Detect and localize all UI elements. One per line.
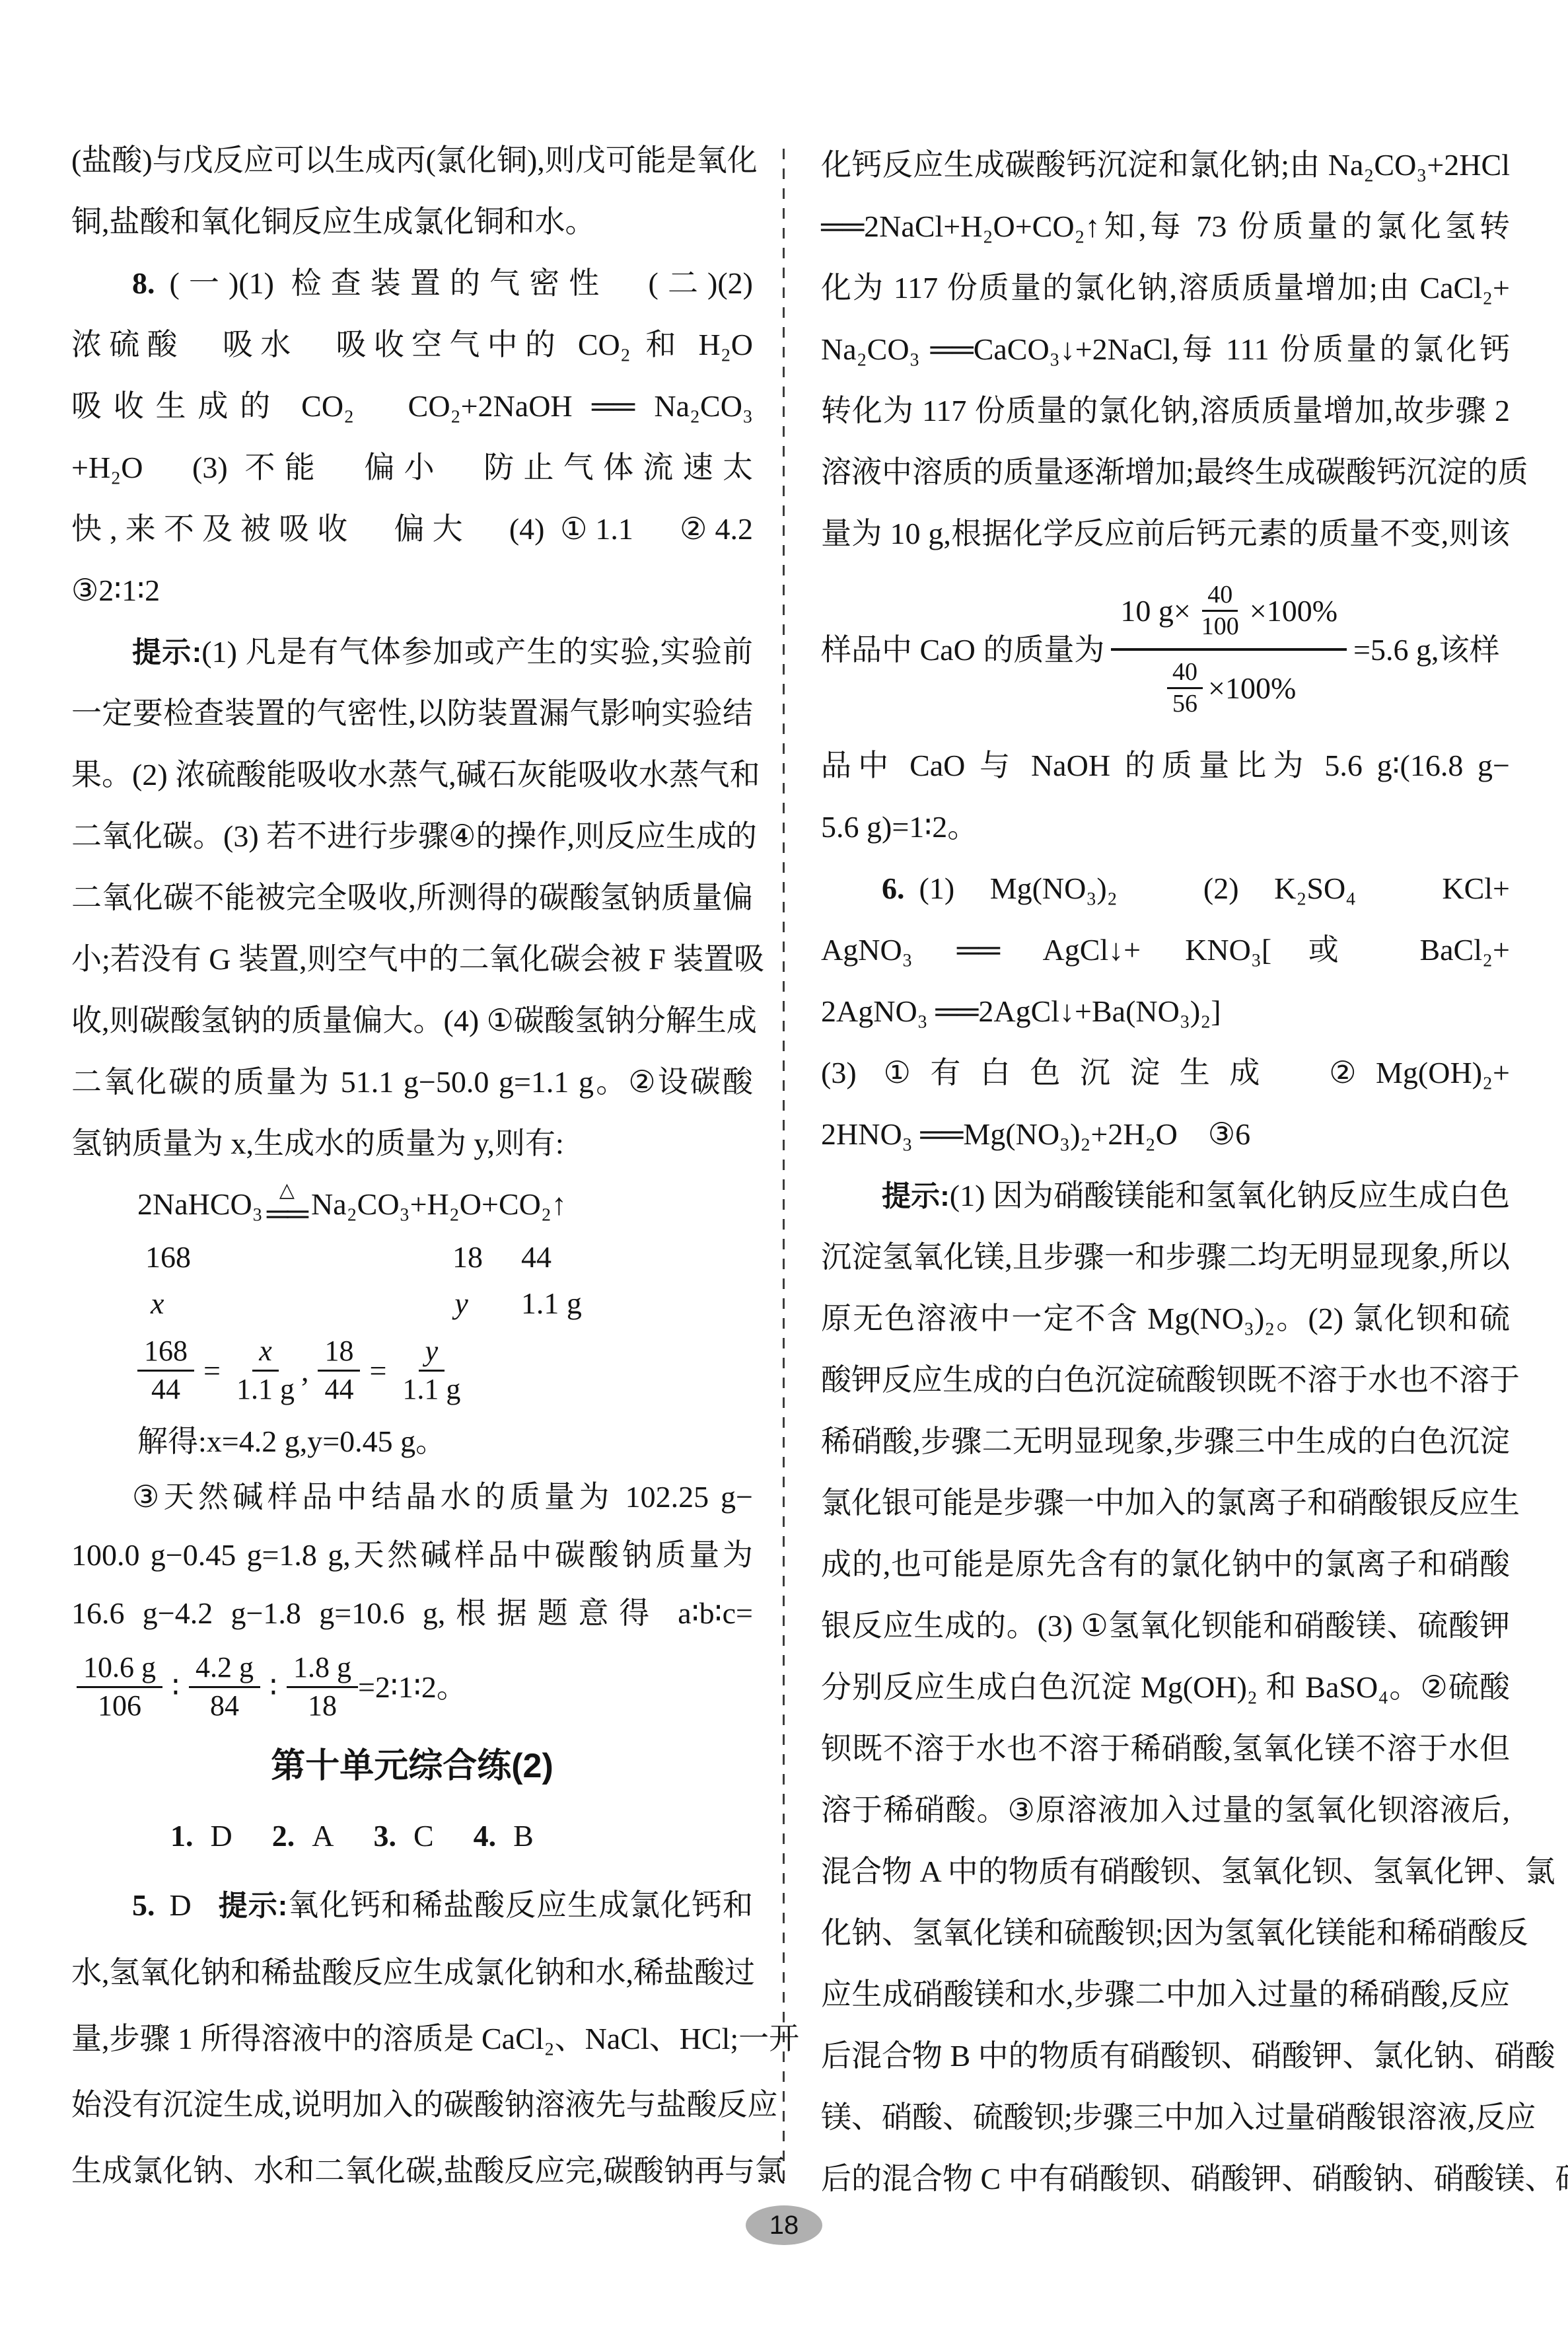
text-line: 始没有沉淀生成,说明加入的碳酸钠溶液先与盐酸反应 [71, 2072, 753, 2138]
ratio-colon: ∶ [269, 1656, 277, 1718]
page-number: 18 [769, 2211, 799, 2240]
answer-row: 1.D2.A3.C4.B [71, 1801, 753, 1870]
text-line: 二氧化碳。(3) 若不进行步骤④的操作,则反应生成的 [71, 805, 753, 867]
ratio-result: =2∶1∶2。 [358, 1656, 467, 1718]
equals-sign: = [369, 1340, 386, 1401]
fraction-result: =5.6 g,该样 [1353, 619, 1499, 681]
text-line: 浓硫酸 吸水 吸收空气中的 CO₂ 和 H₂O [71, 314, 753, 375]
answer-text: (一)(1) 检查装置的气密性 (二)(2) [170, 266, 754, 300]
question-number: 1. [170, 1819, 194, 1853]
text-line: Na₂CO₃ ══CaCO₃↓+2NaCl,每 111 份质量的氯化钙 [821, 318, 1510, 380]
hint-label: 提示: [132, 636, 201, 669]
text-line: 应生成硝酸镁和水,步骤二中加入过量的稀硝酸,反应 [821, 1964, 1510, 2025]
given-mass: 1.1 g [521, 1273, 582, 1334]
text-line: (盐酸)与戊反应可以生成丙(氯化铜),则戊可能是氧化 [71, 129, 753, 191]
text-line: 品中 CaO 与 NaOH 的质量比为 5.6 g∶(16.8 g− [821, 735, 1510, 796]
text-line: 100.0 g−0.45 g=1.8 g,天然碱样品中碳酸钠质量为 [71, 1526, 753, 1584]
text-line: 化钠、氢氧化镁和硫酸钡;因为氢氧化镁能和稀硝酸反 [821, 1902, 1510, 1964]
text-line: 转化为 117 份质量的氯化钠,溶质质量增加,故步骤 2 [821, 380, 1510, 441]
text-line: 2AgNO₃ ══2AgCl↓+Ba(NO₃)₂] [821, 980, 1510, 1042]
text-line: 16.6 g−4.2 g−1.8 g=10.6 g,根据题意得 a∶b∶c= [71, 1584, 753, 1642]
text-line: 后的混合物 C 中有硝酸钡、硝酸钾、硝酸钠、硝酸镁、硝 [821, 2148, 1510, 2209]
solve-line: 解得:x=4.2 g,y=0.45 g。 [71, 1415, 753, 1468]
question-number: 4. [474, 1819, 497, 1853]
hint-line: 提示:(1) 凡是有气体参加或产生的实验,实验前 [71, 621, 753, 683]
variable-y: y [454, 1273, 468, 1334]
left-column: (盐酸)与戊反应可以生成丙(氯化铜),则戊可能是氧化 铜,盐酸和氧化铜反应生成氯… [71, 129, 753, 2204]
text-line: 氯化银可能是步骤一中加入的氯离子和硝酸银反应生 [821, 1472, 1510, 1533]
text-line: 溶液中溶质的质量逐渐增加;最终生成碳酸钙沉淀的质 [821, 441, 1510, 503]
text-line: 2HNO₃ ══Mg(NO₃)₂+2H₂O ③6 [821, 1103, 1510, 1165]
answer-text: (1) Mg(NO₃)₂ (2) K₂SO₄ KCl+ [919, 871, 1511, 905]
hint-text: (1) 因为硝酸镁能和氢氧化钠反应生成白色 [950, 1179, 1510, 1212]
chemical-equation: 2NaHCO₃ △ ══ Na₂CO₃+H₂O+CO₂↑ [71, 1174, 753, 1234]
fraction: 10.6 g106 [77, 1651, 162, 1722]
nested-fraction: 40100 [1196, 581, 1244, 640]
page: (盐酸)与戊反应可以生成丙(氯化铜),则戊可能是氧化 铜,盐酸和氧化铜反应生成氯… [0, 0, 1568, 2325]
double-bond-equals: ══ [267, 1200, 307, 1227]
answer-6-line: 6.(1) Mg(NO₃)₂ (2) K₂SO₄ KCl+ [821, 858, 1510, 919]
fraction-prefix: 样品中 CaO 的质量为 [821, 619, 1104, 681]
answer-letter: A [312, 1819, 334, 1853]
molar-mass-row: 168 18 44 [71, 1234, 753, 1280]
text-line: 酸钾反应生成的白色沉淀硫酸钡既不溶于水也不溶于 [821, 1349, 1510, 1411]
text-line: (3) ①有白色沉淀生成 ②Mg(OH)₂+ [821, 1042, 1510, 1103]
hint-label: 提示: [218, 1890, 288, 1922]
text-line: +H₂O (3) 不能 偏小 防止气体流速太 [71, 437, 753, 498]
text-line: 镁、硝酸、硫酸钡;步骤三中加入过量硝酸银溶液,反应 [821, 2086, 1510, 2148]
text-line: 量,步骤 1 所得溶液中的溶质是 CaCl₂、NaCl、HCl;一开 [71, 2006, 753, 2072]
text-line: 快,来不及被吸收 偏大 (4) ①1.1 ②4.2 [71, 498, 753, 560]
text-line: 分别反应生成白色沉淀 Mg(OH)₂ 和 BaSO₄。②硫酸 [821, 1656, 1510, 1718]
text-line: 银反应生成的。(3) ①氢氧化钡能和硝酸镁、硫酸钾 [821, 1595, 1510, 1656]
ratio-row: 10.6 g106 ∶ 4.2 g84 ∶ 1.8 g18 =2∶1∶2。 [71, 1642, 753, 1732]
text-line: 原无色溶液中一定不含 Mg(NO₃)₂。(2) 氯化钡和硫 [821, 1288, 1510, 1349]
answer-letter: B [513, 1819, 534, 1853]
fraction: x1.1 g [230, 1335, 301, 1406]
text-line: 收,则碳酸氢钠的质量偏大。(4) ①碳酸氢钠分解生成 [71, 990, 753, 1051]
text-line: 吸收生成的 CO₂ CO₂+2NaOH ══ Na₂CO₃ [71, 375, 753, 437]
hint-text: (1) 凡是有气体参加或产生的实验,实验前 [201, 635, 753, 669]
answer-letter: D [211, 1819, 232, 1853]
text-line: 化钙反应生成碳酸钙沉淀和氯化钠;由 Na₂CO₃+2HCl [821, 134, 1510, 196]
answer-letter: C [413, 1819, 434, 1853]
text-line: 化为 117 份质量的氯化钠,溶质质量增加;由 CaCl₂+ [821, 257, 1510, 318]
answer-8-line: 8.(一)(1) 检查装置的气密性 (二)(2) [71, 252, 753, 314]
fraction: y1.1 g [396, 1335, 467, 1406]
text-line: 铜,盐酸和氧化铜反应生成氯化铜和水。 [71, 191, 753, 252]
question-number: 3. [373, 1819, 396, 1853]
equals-with-delta: △ ══ [267, 1181, 307, 1227]
text-line: ③2∶1∶2 [71, 560, 753, 621]
text-line: AgNO₃ ══ AgCl↓+ KNO₃[或 BaCl₂+ [821, 919, 1510, 980]
text-line: 二氧化碳不能被完全吸收,所测得的碳酸氢钠质量偏 [71, 867, 753, 928]
big-fraction: 10 g× 40100 ×100% 4056 ×100% [1111, 580, 1347, 719]
fraction: 1.8 g18 [287, 1651, 358, 1722]
question-number: 2. [272, 1819, 295, 1853]
hint-label: 提示: [882, 1180, 950, 1212]
text-line: 量为 10 g,根据化学反应前后钙元素的质量不变,则该 [821, 503, 1510, 564]
text-line: 小;若没有 G 装置,则空气中的二氧化碳会被 F 装置吸 [71, 928, 753, 990]
fraction: 16844 [137, 1335, 194, 1406]
text-line: ③天然碱样品中结晶水的质量为 102.25 g− [71, 1468, 753, 1526]
text-line: 二氧化碳的质量为 51.1 g−50.0 g=1.1 g。②设碳酸 [71, 1051, 753, 1113]
text-line: 溶于稀硝酸。③原溶液加入过量的氢氧化钡溶液后, [821, 1779, 1510, 1841]
nested-fraction: 4056 [1167, 658, 1203, 718]
text-line: 钡既不溶于水也不溶于稀硝酸,氢氧化镁不溶于水但 [821, 1718, 1510, 1779]
text-line: 果。(2) 浓硫酸能吸收水蒸气,碱石灰能吸收水蒸气和 [71, 744, 753, 805]
fraction: 1844 [318, 1335, 360, 1406]
fraction-numerator: 10 g× 40100 ×100% [1111, 580, 1347, 651]
text-line: 氢钠质量为 x,生成水的质量为 y,则有: [71, 1113, 753, 1174]
answer-5-line: 5.D提示:氧化钙和稀盐酸反应生成氯化钙和 [71, 1870, 753, 1940]
right-column: 化钙反应生成碳酸钙沉淀和氯化钠;由 Na₂CO₃+2HCl ══2NaCl+H₂… [821, 134, 1510, 2209]
text-line: 一定要检查装置的气密性,以防装置漏气影响实验结 [71, 683, 753, 744]
fraction-denominator: 4056 ×100% [1162, 651, 1296, 719]
proportion-row: 16844 = x1.1 g , 1844 = y1.1 g [71, 1326, 753, 1415]
text-line: 5.6 g)=1∶2。 [821, 796, 1510, 858]
section-heading: 第十单元综合练(2) [71, 1732, 753, 1801]
text-line: ══2NaCl+H₂O+CO₂↑知,每 73 份质量的氯化氢转 [821, 196, 1510, 257]
question-number: 5. [132, 1888, 155, 1922]
hint-line: 提示:(1) 因为硝酸镁能和氢氧化钠反应生成白色 [821, 1165, 1510, 1226]
ratio-colon: ∶ [172, 1656, 180, 1718]
hint-text: 氧化钙和稀盐酸反应生成氯化钙和 [287, 1888, 753, 1922]
text-line: 成的,也可能是原先含有的氯化钠中的氯离子和硝酸 [821, 1533, 1510, 1595]
text-line: 混合物 A 中的物质有硝酸钡、氢氧化钡、氢氧化钾、氯 [821, 1841, 1510, 1902]
equals-sign: = [203, 1340, 221, 1401]
text-line: 稀硝酸,步骤二无明显现象,步骤三中生成的白色沉淀 [821, 1411, 1510, 1472]
question-number: 6. [882, 871, 905, 905]
answer-letter: D [170, 1888, 192, 1922]
comma: , [301, 1340, 309, 1401]
text-line: 沉淀氢氧化镁,且步骤一和步骤二均无明显现象,所以 [821, 1226, 1510, 1288]
variable-x: x [151, 1273, 164, 1334]
question-number: 8. [132, 266, 155, 300]
text-line: 水,氢氧化钠和稀盐酸反应生成氯化钠和水,稀盐酸过 [71, 1940, 753, 2006]
column-divider [783, 149, 785, 2187]
fraction: 4.2 g84 [189, 1651, 260, 1722]
cao-mass-fraction: 样品中 CaO 的质量为 10 g× 40100 ×100% 4056 ×100… [821, 564, 1510, 735]
text-line: 后混合物 B 中的物质有硝酸钡、硝酸钾、氯化钠、硝酸 [821, 2025, 1510, 2086]
page-number-badge: 18 [746, 2205, 822, 2245]
text-line: 生成氯化钠、水和二氧化碳,盐酸反应完,碳酸钠再与氯 [71, 2138, 753, 2204]
